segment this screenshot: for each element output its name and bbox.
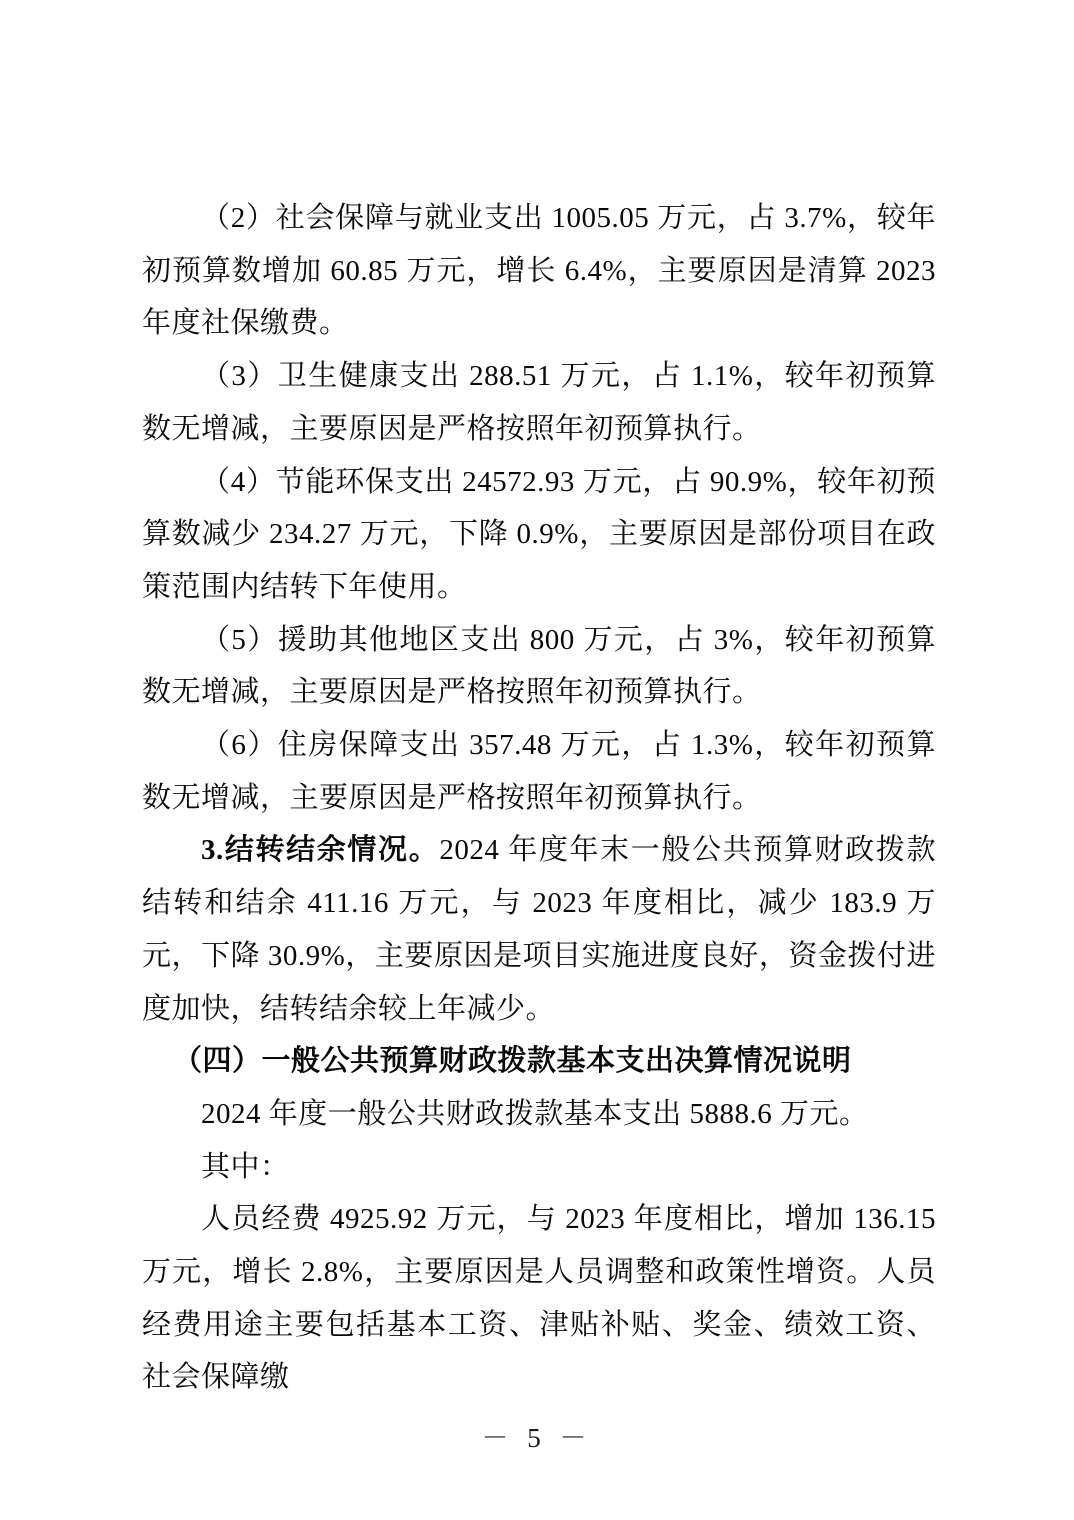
paragraph-among-which: 其中： [142, 1141, 936, 1194]
paragraph-housing-security-expenditure: （6）住房保障支出 357.48 万元，占 1.3%，较年初预算数无增减，主要原… [142, 719, 936, 824]
document-body: （2）社会保障与就业支出 1005.05 万元，占 3.7%，较年初预算数增加 … [142, 192, 936, 1404]
carryover-balance-lead-label: 3.结转结余情况。 [201, 834, 439, 866]
paragraph-aid-other-regions-expenditure: （5）援助其他地区支出 800 万元，占 3%，较年初预算数无增减，主要原因是严… [142, 614, 936, 719]
paragraph-carryover-balance: 3.结转结余情况。2024 年度年末一般公共预算财政拨款结转和结余 411.16… [142, 824, 936, 1035]
paragraph-social-security-expenditure: （2）社会保障与就业支出 1005.05 万元，占 3.7%，较年初预算数增加 … [142, 192, 936, 350]
page-number: － 5 － [0, 1418, 1074, 1458]
section-heading-basic-expenditure: （四）一般公共预算财政拨款基本支出决算情况说明 [142, 1035, 936, 1088]
paragraph-energy-environment-expenditure: （4）节能环保支出 24572.93 万元，占 90.9%，较年初预算数减少 2… [142, 456, 936, 614]
paragraph-health-expenditure: （3）卫生健康支出 288.51 万元，占 1.1%，较年初预算数无增减，主要原… [142, 350, 936, 455]
paragraph-personnel-expenses: 人员经费 4925.92 万元，与 2023 年度相比，增加 136.15 万元… [142, 1193, 936, 1404]
paragraph-basic-expenditure-total: 2024 年度一般公共财政拨款基本支出 5888.6 万元。 [142, 1088, 936, 1141]
document-page: （2）社会保障与就业支出 1005.05 万元，占 3.7%，较年初预算数增加 … [0, 0, 1074, 1520]
